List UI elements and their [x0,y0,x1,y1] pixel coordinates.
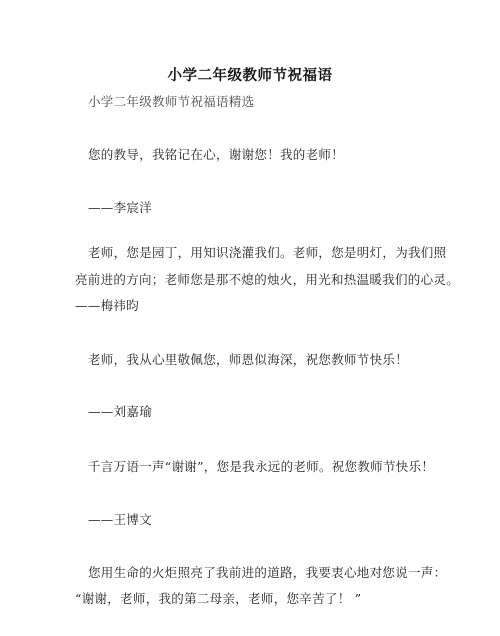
blessing-text: “谢谢，老师，我的第二母亲，老师，您辛苦了！ ” [75,591,361,607]
blessing-author: ——王博文 [88,512,152,528]
blessing-author: ——李宸洋 [88,200,152,216]
document-subtitle: 小学二年级教师节祝福语精选 [88,94,254,110]
blessing-text: 老师，我从心里敬佩您，师恩似海深，祝您教师节快乐！ [88,352,408,368]
blessing-text: 您用生命的火炬照亮了我前进的道路，我要衷心地对您说一声： [88,565,446,581]
document-title: 小学二年级教师节祝福语 [0,64,500,85]
blessing-text: 老师，您是园丁，用知识浇灌我们。老师，您是明灯，为我们照 [88,245,446,261]
blessing-text: 亮前进的方向；老师您是那不熄的烛火，用光和热温暖我们的心灵。 [75,272,459,288]
blessing-author: ——刘嘉瑜 [88,404,152,420]
blessing-author: ——梅祎昀 [75,298,139,314]
blessing-text: 千言万语一声“谢谢”，您是我永远的老师。祝您教师节快乐！ [88,459,434,475]
blessing-text: 您的教导，我铭记在心，谢谢您！我的老师！ [88,147,344,163]
